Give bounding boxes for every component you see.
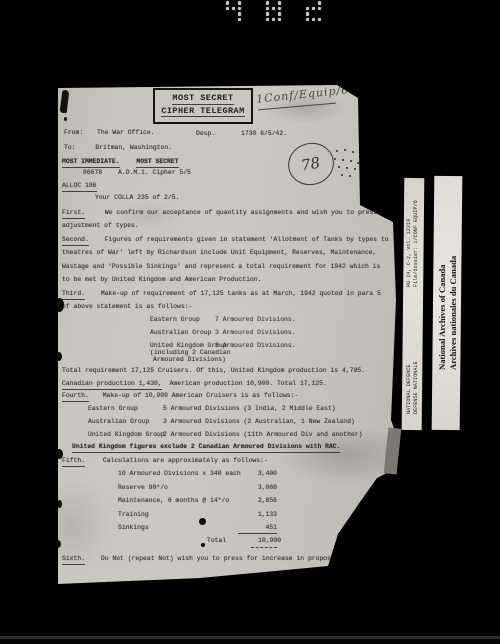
para-third-line1: Third. Make-up of requirement of 17,125 … [62,290,381,300]
stamp-line2: CIPHER TELEGRAM [161,106,244,118]
to-line: To: Britman, Washington. [64,144,172,152]
para-first-label: First. [62,209,85,219]
perforation-dot [354,168,356,170]
calc-row: Training 1,133 [118,511,149,519]
total-line2: Canadian production 1,430, American prod… [62,380,327,390]
calc-row: 10 Armoured Divisions x 340 each 3,400 [118,470,241,478]
classification: MOST SECRET [136,158,178,168]
para-second-line1: Second. Figures of requirements given in… [62,236,389,246]
edge-speck [55,298,64,312]
perforation-dot [357,162,359,164]
total-line1: Total requirement 17,125 Cruisers. Of th… [62,367,365,375]
table-row: Australian Group 3 Armoured Divisions (2… [88,418,149,426]
para-third-label: Third. [62,290,85,300]
para-fourth-label: Fourth. [62,392,89,402]
reference-line: Your COLLA 235 of 2/5. [95,194,179,202]
perforation-dot [342,159,344,161]
para-sixth-line1: Sixth. Do Not (repeat Not) wish you to p… [62,555,362,565]
to-value: Britman, Washington. [95,144,172,152]
to-label: To: [64,144,76,152]
precedence-line: MOST IMMEDIATE. MOST SECRET [62,158,179,168]
table-row: Australian Group 3 Armoured Divisions. [150,329,211,337]
para-fourth-intro: Fourth. Make-up of 10,900 American Cruis… [62,392,298,402]
frame-digit [266,0,282,22]
fourth-note: United Kingdom figures exclude 2 Canadia… [72,443,340,453]
desp-label: Desp. [196,130,215,138]
national-archives-text: National Archives of Canada Archives nat… [437,256,459,370]
ink-dot [64,117,67,121]
from-value: The War Office. [97,129,155,137]
film-edge-bar [0,639,500,644]
calc-row: Maintenance, 6 months @ 14⁰/o 2,856 [118,497,229,505]
calc-row: Sinkings 451 [118,524,149,532]
edge-speck [57,500,62,508]
telegram-page: MOST SECRET CIPHER TELEGRAM 1Conf/Equip/… [0,0,500,644]
para-third-line2: of above statement is as follows:- [62,303,192,311]
para-second-line3: Wastage and 'Possible Sinkings' and repr… [62,263,380,271]
para-first-line2: adjustment of types. [62,222,139,230]
table-row-note: Armoured Divisions) [153,356,226,364]
ink-blot [199,518,206,525]
alloc-ref: ALLOC 186 [62,182,97,192]
calc-row: Reserve 90⁰/o 3,060 [118,484,168,492]
desp-value: 1730 6/5/42. [241,130,287,138]
precedence: MOST IMMEDIATE. [62,158,120,168]
alloc-line: ALLOC 186 [62,182,97,192]
edge-speck [55,540,61,548]
serial-line: 86678 A.D.M.1. Cipher 5/5 [83,169,191,177]
perforation-dot [341,174,343,176]
para-second-line4: to be met by United Kingdom and American… [62,276,261,284]
perforation-dot [352,151,354,153]
ink-blot [201,543,205,547]
para-fifth-intro: Fifth. Calculations are approximately as… [62,457,268,467]
frame-digit [306,0,322,22]
perforation-dot [338,166,340,168]
calc-total-row: Total 10,900 [207,537,281,545]
para-first-line1: First. We confirm our acceptance of quan… [62,209,393,219]
perforation-dot [336,150,338,152]
table-row: Eastern Group 7 Armoured Divisions. [150,316,200,324]
table-row: United Kingdom Group 2 Armoured Division… [88,431,165,439]
para-sixth-label: Sixth. [62,555,85,565]
perforation-dot [344,149,346,151]
para-second-label: Second. [62,236,89,246]
table-row: Eastern Group 5 Armoured Divisions (3 In… [88,405,138,413]
serial-number: 86678 [83,169,102,177]
archival-reference-text: RG 24, C-2, vol. 12219 File/dossier: 1/C… [406,200,419,287]
typed-rule [251,547,277,548]
national-defence-text: NATIONAL DEFENCE DEFENSE NATIONALE [406,361,419,414]
ink-mark [60,90,70,114]
calc-total-value: 10,900 [258,537,281,545]
from-line: From: The War Office. [64,129,155,137]
desp-line: Desp. 1730 6/5/42. [196,130,287,138]
microfilm-scan: MOST SECRET CIPHER TELEGRAM 1Conf/Equip/… [0,0,500,644]
edge-speck [56,352,62,361]
para-second-line2: theatres of War' left by Richardson incl… [62,249,376,257]
frame-digit [226,0,242,22]
stamp-line1: MOST SECRET [172,93,233,105]
perforation-dot [334,158,336,160]
para-fifth-label: Fifth. [62,457,85,467]
cipher-telegram-stamp: MOST SECRET CIPHER TELEGRAM [153,88,253,124]
edge-speck [56,449,63,459]
cipher-ref: A.D.M.1. Cipher 5/5 [118,169,191,177]
your-ref: Your COLLA 235 of 2/5. [95,194,179,202]
perforation-dot [346,167,348,169]
typed-rule [251,533,277,534]
perforation-dot [350,160,352,162]
from-label: From: [64,129,83,137]
pencil-circled-number: 78 [284,138,339,190]
calc-total-label: Total [207,537,226,545]
perforation-dot [349,175,351,177]
